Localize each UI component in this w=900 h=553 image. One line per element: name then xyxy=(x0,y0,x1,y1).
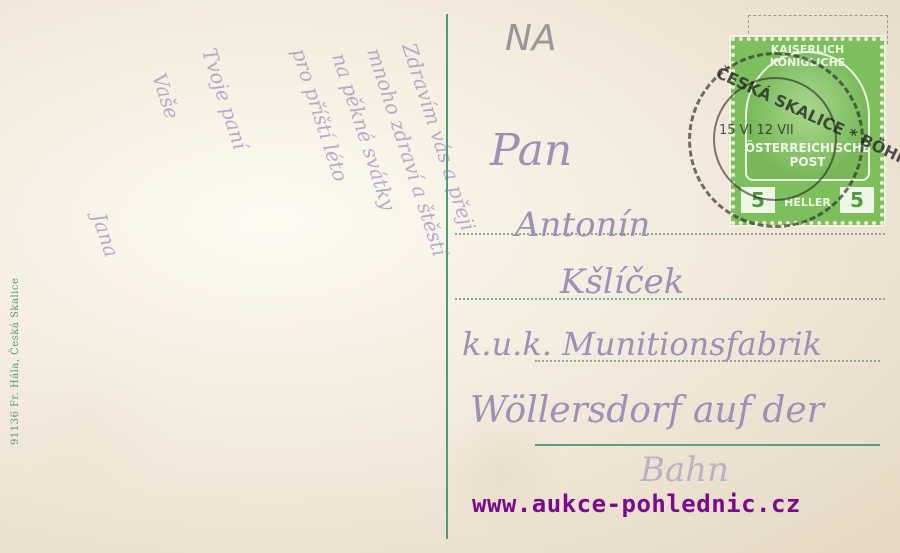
message-line: Vaše xyxy=(147,70,184,122)
address-salutation: Pan xyxy=(490,125,572,176)
message-line: Jana xyxy=(87,210,124,260)
address-line-5: Bahn xyxy=(640,450,729,490)
address-line-4: Wöllersdorf auf der xyxy=(470,390,824,431)
handwritten-message: Zdravím vás a přeji mnoho zdraví a štěst… xyxy=(20,30,440,530)
watermark-url: www.aukce-pohlednic.cz xyxy=(472,490,801,518)
pencil-note: NA xyxy=(505,18,557,59)
message-line: Tvoje paní xyxy=(197,45,252,152)
postmark: ČESKÁ SKALICE * BÖHMEN 15 VI 12 VII xyxy=(688,52,864,228)
address-line-3: k.u.k. Munitionsfabrik xyxy=(462,325,822,363)
address-line xyxy=(535,444,880,446)
postmark-date: 15 VI 12 VII xyxy=(719,123,794,138)
address-line-2: Kšlíček xyxy=(560,262,684,302)
postcard: 91136 Fr. Hála, Česká Skalice Zdravím vá… xyxy=(0,0,900,553)
center-divider xyxy=(446,14,448,539)
address-line-1: Antonín xyxy=(515,205,650,245)
